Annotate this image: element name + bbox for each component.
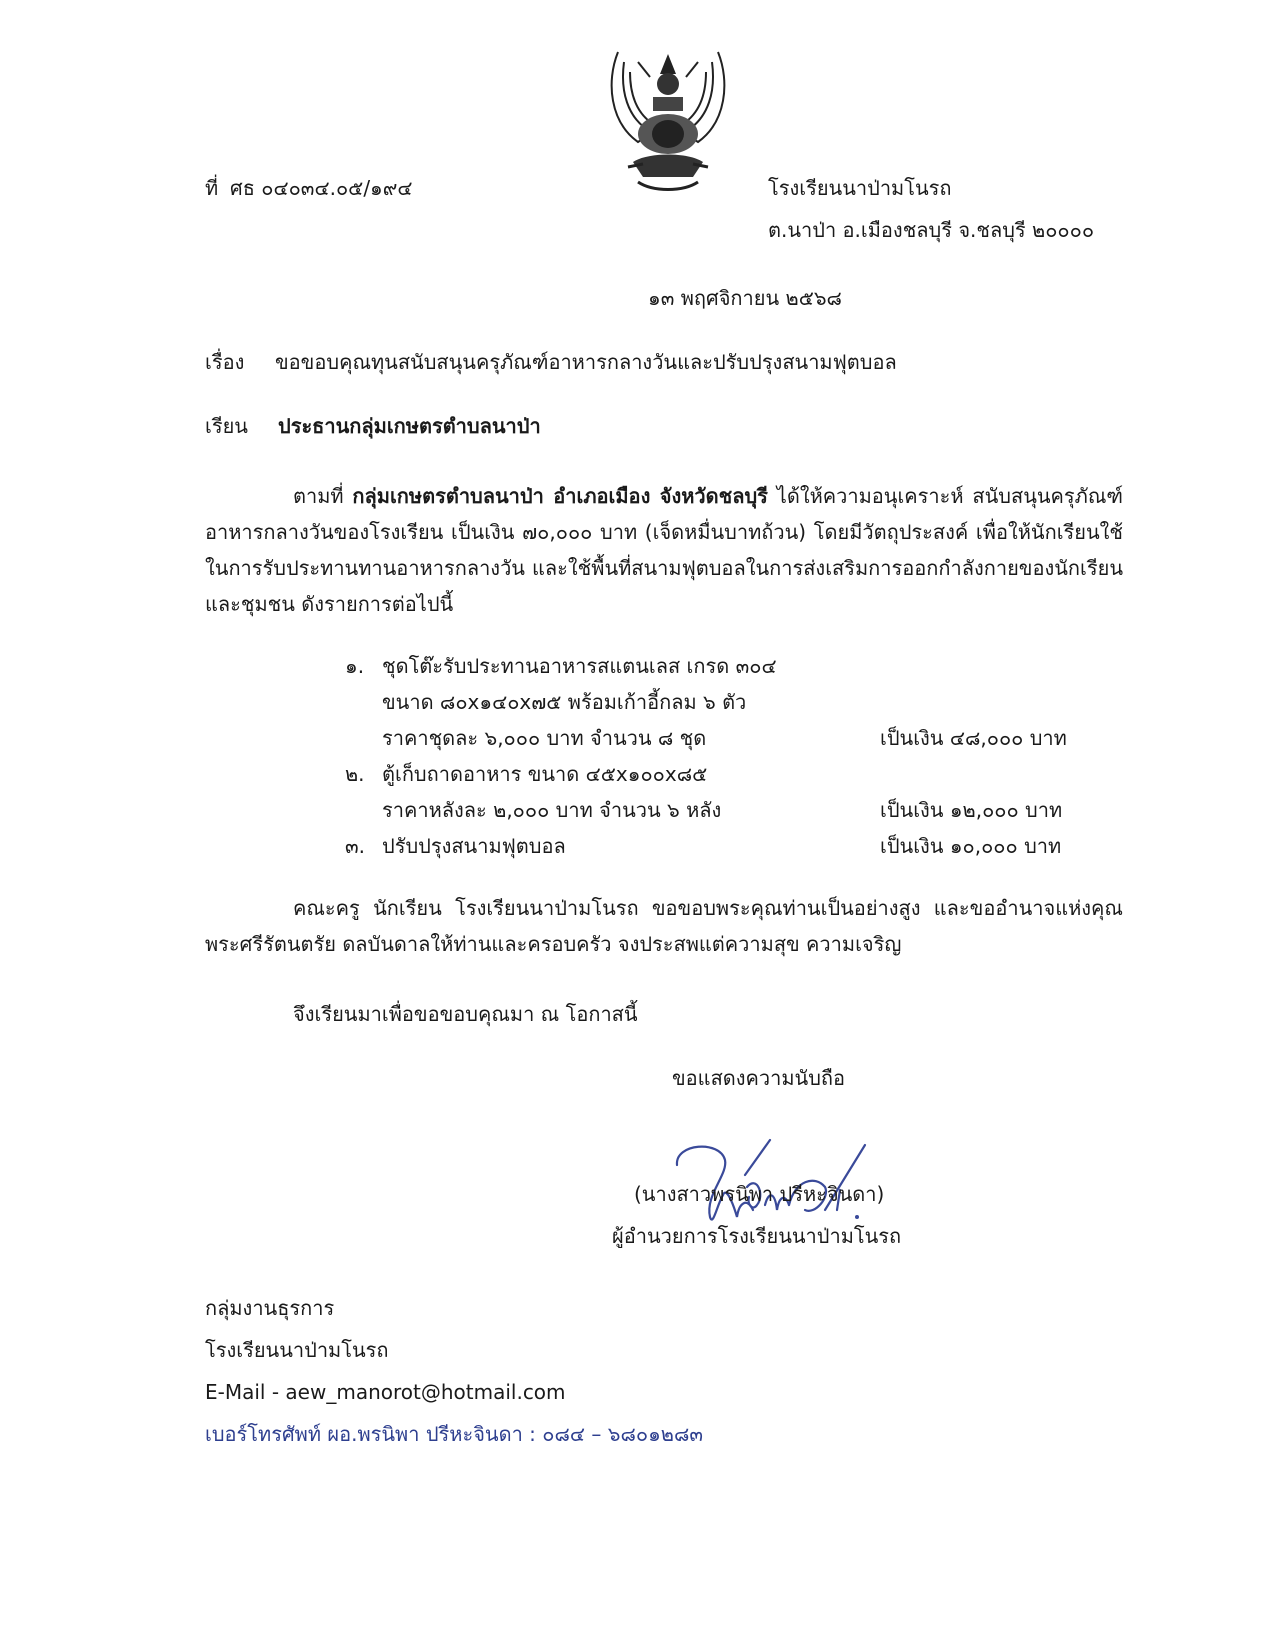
reference-label: ที่ [205, 174, 218, 202]
item-1-amount: เป็นเงิน ๔๘,๐๐๐ บาท [880, 724, 1067, 752]
body-paragraph-3: จึงเรียนมาเพื่อขอขอบคุณมา ณ โอกาสนี้ [293, 1000, 638, 1028]
signer-position: ผู้อำนวยการโรงเรียนนาป่ามโนรถ [612, 1222, 901, 1250]
garuda-emblem-icon [598, 42, 738, 202]
signer-name: (นางสาวพรนิพา ปรีหะจินดา) [634, 1180, 884, 1208]
item-2-amount: เป็นเงิน ๑๒,๐๐๐ บาท [880, 796, 1062, 824]
footer-phone-line: เบอร์โทรศัพท์ ผอ.พรนิพา ปรีหะจินดา : ๐๘๔… [205, 1420, 703, 1448]
item-3-line-1: ปรับปรุงสนามฟุตบอล [382, 832, 566, 860]
p2-text: คณะครู นักเรียน โรงเรียนนาป่ามโนรถ ขอขอบ… [205, 896, 1123, 956]
p1-prefix: ตามที่ [293, 484, 352, 508]
item-2-number: ๒. [345, 760, 365, 788]
body-paragraph-2: คณะครู นักเรียน โรงเรียนนาป่ามโนรถ ขอขอบ… [205, 890, 1123, 962]
item-1-line-3: ราคาชุดละ ๖,๐๐๐ บาท จำนวน ๘ ชุด [382, 724, 706, 752]
item-1-number: ๑. [345, 652, 364, 680]
subject-label: เรื่อง [205, 348, 244, 376]
recipient-name: ประธานกลุ่มเกษตรตำบลนาป่า [278, 412, 541, 440]
closing-phrase: ขอแสดงความนับถือ [672, 1064, 845, 1092]
sender-address: ต.นาป่า อ.เมืองชลบุรี จ.ชลบุรี ๒๐๐๐๐ [768, 216, 1094, 244]
sender-name: โรงเรียนนาป่ามโนรถ [768, 174, 952, 202]
recipient-label: เรียน [205, 412, 248, 440]
footer-department: กลุ่มงานธุรการ [205, 1294, 334, 1322]
item-1-line-1: ชุดโต๊ะรับประทานอาหารสแตนเลส เกรด ๓๐๔ [382, 652, 777, 680]
item-2-line-2: ราคาหลังละ ๒,๐๐๐ บาท จำนวน ๖ หลัง [382, 796, 721, 824]
item-2-line-1: ตู้เก็บถาดอาหาร ขนาด ๔๕x๑๐๐x๘๕ [382, 760, 707, 788]
subject-text: ขอขอบคุณทุนสนับสนุนครุภัณฑ์อาหารกลางวันแ… [275, 348, 897, 376]
item-3-amount: เป็นเงิน ๑๐,๐๐๐ บาท [880, 832, 1061, 860]
footer-email-line: E-Mail - aew_manorot@hotmail.com [205, 1378, 566, 1406]
item-3-number: ๓. [345, 832, 365, 860]
item-1-line-2: ขนาด ๘๐x๑๔๐x๗๕ พร้อมเก้าอี้กลม ๖ ตัว [382, 688, 746, 716]
footer-school: โรงเรียนนาป่ามโนรถ [205, 1336, 389, 1364]
email-label: E-Mail - [205, 1380, 285, 1404]
reference-number: ศธ ๐๔๐๓๔.๐๕/๑๙๔ [230, 174, 413, 202]
letter-date: ๑๓ พฤศจิกายน ๒๕๖๘ [648, 284, 842, 312]
body-paragraph-1: ตามที่ กลุ่มเกษตรตำบลนาป่า อำเภอเมือง จั… [205, 478, 1123, 622]
p1-donor-name: กลุ่มเกษตรตำบลนาป่า อำเภอเมือง จังหวัดชล… [352, 484, 768, 508]
email-address[interactable]: aew_manorot@hotmail.com [285, 1380, 565, 1404]
